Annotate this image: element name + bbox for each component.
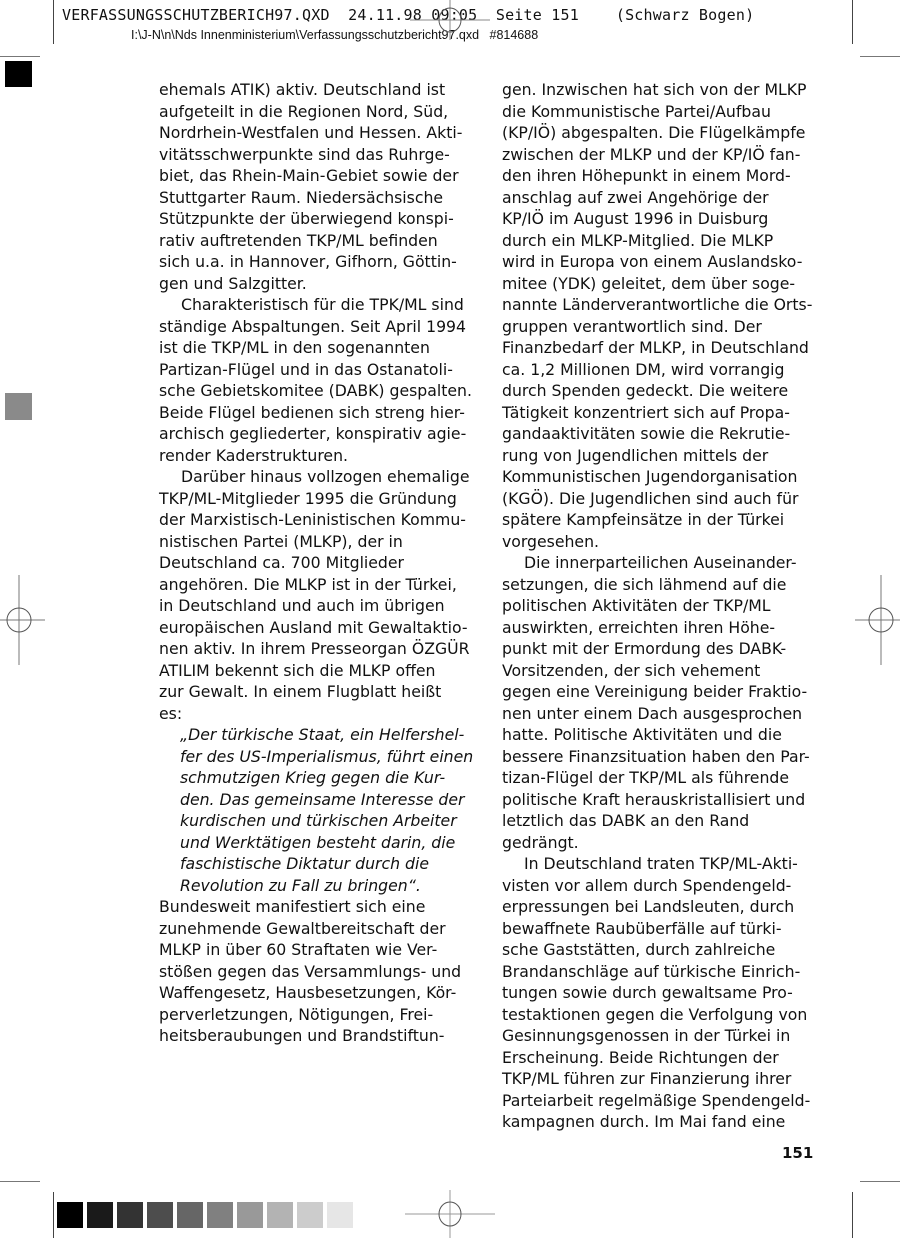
text-line: Deutschland ca. 700 Mitglieder: [159, 552, 469, 574]
text-line: zur Gewalt. In einem Flugblatt heißt: [159, 681, 469, 703]
text-line: ist die TKP/ML in den sogenannten: [159, 337, 469, 359]
gray-swatch: [177, 1202, 203, 1228]
text-line: (KGÖ). Die Jugendlichen sind auch für: [502, 488, 812, 510]
text-line: und Werktätigen besteht darin, die: [159, 832, 469, 854]
trim-mark-right-bottom: [860, 1181, 900, 1182]
text-line: testaktionen gegen die Verfolgung von: [502, 1004, 812, 1026]
gray-swatch: [327, 1202, 353, 1228]
text-line: bessere Finanzsituation haben den Par-: [502, 746, 812, 768]
text-line: gen und Salzgitter.: [159, 273, 469, 295]
text-line: gandaaktivitäten sowie die Rekrutie-: [502, 423, 812, 445]
text-line: heitsberaubungen und Brandstiftun-: [159, 1025, 469, 1047]
text-line: ca. 1,2 Millionen DM, wird vorrangig: [502, 359, 812, 381]
text-line: Revolution zu Fall zu bringen“.: [159, 875, 469, 897]
text-line: nen aktiv. In ihrem Presseorgan ÖZGÜR: [159, 638, 469, 660]
text-line: Stützpunkte der überwiegend konspi-: [159, 208, 469, 230]
text-line: schmutzigen Krieg gegen die Kur-: [159, 767, 469, 789]
text-line: Partizan-Flügel und in das Ostanatoli-: [159, 359, 469, 381]
text-line: anschlag auf zwei Angehörige der: [502, 187, 812, 209]
text-line: biet, das Rhein-Main-Gebiet sowie der: [159, 165, 469, 187]
text-line: (KP/IÖ) abgespalten. Die Flügelkämpfe: [502, 122, 812, 144]
text-line: vitätsschwerpunkte sind das Ruhrge-: [159, 144, 469, 166]
text-column-right: gen. Inzwischen hat sich von der MLKPdie…: [502, 79, 812, 1133]
gray-swatch: [87, 1202, 113, 1228]
text-line: fer des US-Imperialismus, führt einen: [159, 746, 469, 768]
text-line: es:: [159, 703, 469, 725]
text-line: letztlich das DABK an den Rand: [502, 810, 812, 832]
text-line: Bundesweit manifestiert sich eine: [159, 896, 469, 918]
text-line: perverletzungen, Nötigungen, Frei-: [159, 1004, 469, 1026]
text-line: gruppen verantwortlich sind. Der: [502, 316, 812, 338]
text-column-left: ehemals ATIK) aktiv. Deutschland istaufg…: [159, 79, 469, 1047]
text-line: die Kommunistische Partei/Aufbau: [502, 101, 812, 123]
registration-mark-left-icon: [0, 575, 45, 665]
text-line: Tätigkeit konzentriert sich auf Propa-: [502, 402, 812, 424]
trim-mark-left-bottom: [0, 1181, 40, 1182]
text-line: gedrängt.: [502, 832, 812, 854]
gray-swatch: [57, 1202, 83, 1228]
text-line: faschistische Diktatur durch die: [159, 853, 469, 875]
text-line: Darüber hinaus vollzogen ehemalige: [159, 466, 469, 488]
text-line: „Der türkische Staat, ein Helfershel-: [159, 724, 469, 746]
text-line: tizan-Flügel der TKP/ML als führende: [502, 767, 812, 789]
text-line: TKP/ML-Mitglieder 1995 die Gründung: [159, 488, 469, 510]
text-line: hatte. Politische Aktivitäten und die: [502, 724, 812, 746]
text-line: kurdischen und türkischen Arbeiter: [159, 810, 469, 832]
text-line: MLKP in über 60 Straftaten wie Ver-: [159, 939, 469, 961]
text-line: Stuttgarter Raum. Niedersächsische: [159, 187, 469, 209]
gray-swatch: [147, 1202, 173, 1228]
text-line: Erscheinung. Beide Richtungen der: [502, 1047, 812, 1069]
text-line: europäischen Ausland mit Gewaltaktio-: [159, 617, 469, 639]
text-line: aufgeteilt in die Regionen Nord, Süd,: [159, 101, 469, 123]
page-number: 151: [782, 1144, 813, 1162]
text-line: nen unter einem Dach ausgesprochen: [502, 703, 812, 725]
text-line: Vorsitzenden, der sich vehement: [502, 660, 812, 682]
gray-swatch: [267, 1202, 293, 1228]
text-line: angehören. Die MLKP ist in der Türkei,: [159, 574, 469, 596]
text-line: Nordrhein-Westfalen und Hessen. Akti-: [159, 122, 469, 144]
corner-black-block: [5, 61, 32, 87]
text-line: archisch gegliederter, konspirativ agie-: [159, 423, 469, 445]
text-line: ständige Abspaltungen. Seit April 1994: [159, 316, 469, 338]
file-slug-line: VERFASSUNGSSCHUTZBERICH97.QXD 24.11.98 0…: [62, 6, 754, 24]
text-line: stößen gegen das Versammlungs- und: [159, 961, 469, 983]
text-line: visten vor allem durch Spendengeld-: [502, 875, 812, 897]
text-line: Beide Flügel bedienen sich streng hier-: [159, 402, 469, 424]
text-line: kampagnen durch. Im Mai fand eine: [502, 1111, 812, 1133]
text-line: TKP/ML führen zur Finanzierung ihrer: [502, 1068, 812, 1090]
text-line: auswirkten, erreichten ihren Höhe-: [502, 617, 812, 639]
text-line: Gesinnungsgenossen in der Türkei in: [502, 1025, 812, 1047]
text-line: der Marxistisch-Leninistischen Kommu-: [159, 509, 469, 531]
text-line: in Deutschland und auch im übrigen: [159, 595, 469, 617]
text-line: In Deutschland traten TKP/ML-Akti-: [502, 853, 812, 875]
registration-mark-bottom-icon: [405, 1190, 495, 1238]
text-line: rativ auftretenden TKP/ML befinden: [159, 230, 469, 252]
registration-mark-right-icon: [855, 575, 900, 665]
text-line: rung von Jugendlichen mittels der: [502, 445, 812, 467]
text-line: ehemals ATIK) aktiv. Deutschland ist: [159, 79, 469, 101]
gray-swatch: [207, 1202, 233, 1228]
text-line: Kommunistischen Jugendorganisation: [502, 466, 812, 488]
gray-swatch: [117, 1202, 143, 1228]
text-line: tungen sowie durch gewaltsame Pro-: [502, 982, 812, 1004]
text-line: den. Das gemeinsame Interesse der: [159, 789, 469, 811]
text-line: bewaffnete Raubüberfälle auf türki-: [502, 918, 812, 940]
text-line: punkt mit der Ermordung des DABK-: [502, 638, 812, 660]
text-line: Die innerparteilichen Auseinander-: [502, 552, 812, 574]
text-line: nannte Länderverantwortliche die Orts-: [502, 294, 812, 316]
text-line: render Kaderstrukturen.: [159, 445, 469, 467]
text-line: KP/IÖ im August 1996 in Duisburg: [502, 208, 812, 230]
text-line: sche Gebietskomitee (DABK) gespalten.: [159, 380, 469, 402]
text-line: durch ein MLKP-Mitglied. Die MLKP: [502, 230, 812, 252]
text-line: gegen eine Vereinigung beider Fraktio-: [502, 681, 812, 703]
text-line: mitee (YDK) geleitet, dem über soge-: [502, 273, 812, 295]
text-line: Brandanschläge auf türkische Einrich-: [502, 961, 812, 983]
text-line: wird in Europa von einem Auslandsko-: [502, 251, 812, 273]
trim-mark-bottom-left: [53, 1192, 54, 1238]
registration-mark-top-icon: [410, 0, 490, 40]
text-line: politische Kraft herauskristallisiert un…: [502, 789, 812, 811]
gray-swatch: [237, 1202, 263, 1228]
trim-mark-top-right: [852, 0, 853, 44]
text-line: zunehmende Gewaltbereitschaft der: [159, 918, 469, 940]
text-line: politischen Aktivitäten der TKP/ML: [502, 595, 812, 617]
text-line: Waffengesetz, Hausbesetzungen, Kör-: [159, 982, 469, 1004]
text-line: zwischen der MLKP und der KP/IÖ fan-: [502, 144, 812, 166]
margin-gray-block: [5, 393, 32, 420]
trim-mark-left-top: [0, 56, 40, 57]
text-line: sich u.a. in Hannover, Gifhorn, Göttin-: [159, 251, 469, 273]
text-line: durch Spenden gedeckt. Die weitere: [502, 380, 812, 402]
trim-mark-bottom-right: [852, 1192, 853, 1238]
text-line: Charakteristisch für die TPK/ML sind: [159, 294, 469, 316]
text-line: spätere Kampfeinsätze in der Türkei: [502, 509, 812, 531]
text-line: den ihren Höhepunkt in einem Mord-: [502, 165, 812, 187]
trim-mark-right-top: [860, 56, 900, 57]
text-line: nistischen Partei (MLKP), der in: [159, 531, 469, 553]
text-line: setzungen, die sich lähmend auf die: [502, 574, 812, 596]
text-line: Parteiarbeit regelmäßige Spendengeld-: [502, 1090, 812, 1112]
text-line: erpressungen bei Landsleuten, durch: [502, 896, 812, 918]
grayscale-color-bar: [57, 1202, 353, 1228]
gray-swatch: [297, 1202, 323, 1228]
text-line: sche Gaststätten, durch zahlreiche: [502, 939, 812, 961]
text-line: gen. Inzwischen hat sich von der MLKP: [502, 79, 812, 101]
text-line: Finanzbedarf der MLKP, in Deutschland: [502, 337, 812, 359]
trim-mark-top-left: [53, 0, 54, 44]
text-line: vorgesehen.: [502, 531, 812, 553]
text-line: ATILIM bekennt sich die MLKP offen: [159, 660, 469, 682]
